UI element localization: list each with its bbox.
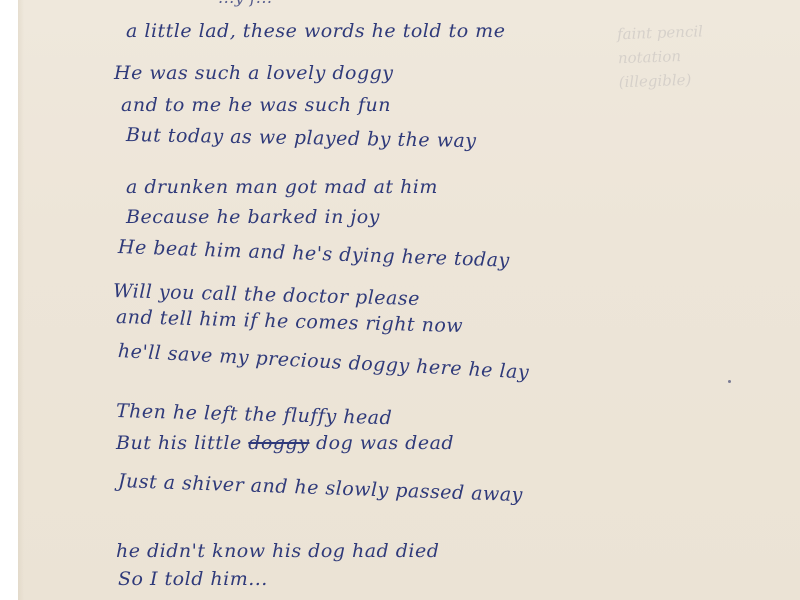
lyric-line-3: and to me he was such fun xyxy=(121,94,391,116)
lyric-line-13: Just a shiver and he slowly passed away xyxy=(118,470,524,506)
faint-pencil-note: faint pencil notation (illegible) xyxy=(617,18,750,102)
crossed-out-word: doggy xyxy=(248,432,309,454)
lyric-line-2: He was such a lovely doggy xyxy=(114,62,394,84)
lyric-line-12: But his little doggy dog was dead xyxy=(116,432,454,454)
lyric-line-8: Will you call the doctor please xyxy=(113,280,420,310)
ink-mark xyxy=(728,380,731,383)
lyric-line-9: and tell him if he comes right now xyxy=(116,306,464,337)
lyric-line-4: But today as we played by the way xyxy=(126,124,477,152)
lyric-line-1: a little lad, these words he told to me xyxy=(126,20,505,42)
lyric-line-7: He beat him and he's dying here today xyxy=(118,236,510,272)
lyric-line-14: he didn't know his dog had died xyxy=(116,540,439,562)
manuscript-page: faint pencil notation (illegible) ...y f… xyxy=(18,0,800,600)
lyric-line-11: Then he left the fluffy head xyxy=(116,400,393,429)
lyric-line-10: he'll save my precious doggy here he lay xyxy=(117,340,529,384)
lyric-line-15: So I told him... xyxy=(118,568,268,590)
lyric-line-6: Because he barked in joy xyxy=(126,206,380,228)
partial-top-line: ...y f... xyxy=(218,0,273,7)
lyric-line-5: a drunken man got mad at him xyxy=(126,176,438,198)
lyric-line-12-end: dog was dead xyxy=(316,432,454,454)
lyric-line-12-text: But his little xyxy=(116,432,242,454)
